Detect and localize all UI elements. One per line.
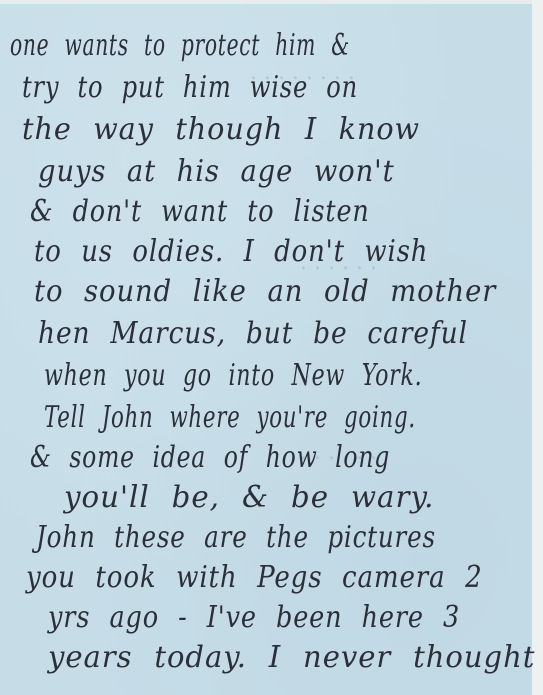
letter-line: try to put him wise on <box>22 70 358 105</box>
letter-line: guys at his age won't <box>38 154 395 189</box>
letter-line: to sound like an old mother <box>34 274 496 309</box>
letter-line: & some idea of how long <box>30 440 390 475</box>
letter-line: & don't want to listen <box>30 194 370 229</box>
letter-line: years today. I never thought <box>48 640 535 675</box>
letter-line: to us oldies. I don't wish <box>34 234 428 269</box>
letter-line: Tell John where you're going. <box>44 400 416 435</box>
letter-line: yrs ago - I've been here 3 <box>48 600 460 635</box>
letter-line: John these are the pictures <box>36 520 436 555</box>
letter-line: the way though I know <box>22 112 420 147</box>
letter-line: one wants to protect him & <box>10 28 350 63</box>
page-right-margin <box>532 0 543 695</box>
letter-line: you took with Pegs camera 2 <box>26 560 483 595</box>
letter-line: you'll be, & be wary. <box>64 480 434 515</box>
letter-line: when you go into New York. <box>44 358 422 393</box>
letter-line: hen Marcus, but be careful <box>38 316 468 351</box>
